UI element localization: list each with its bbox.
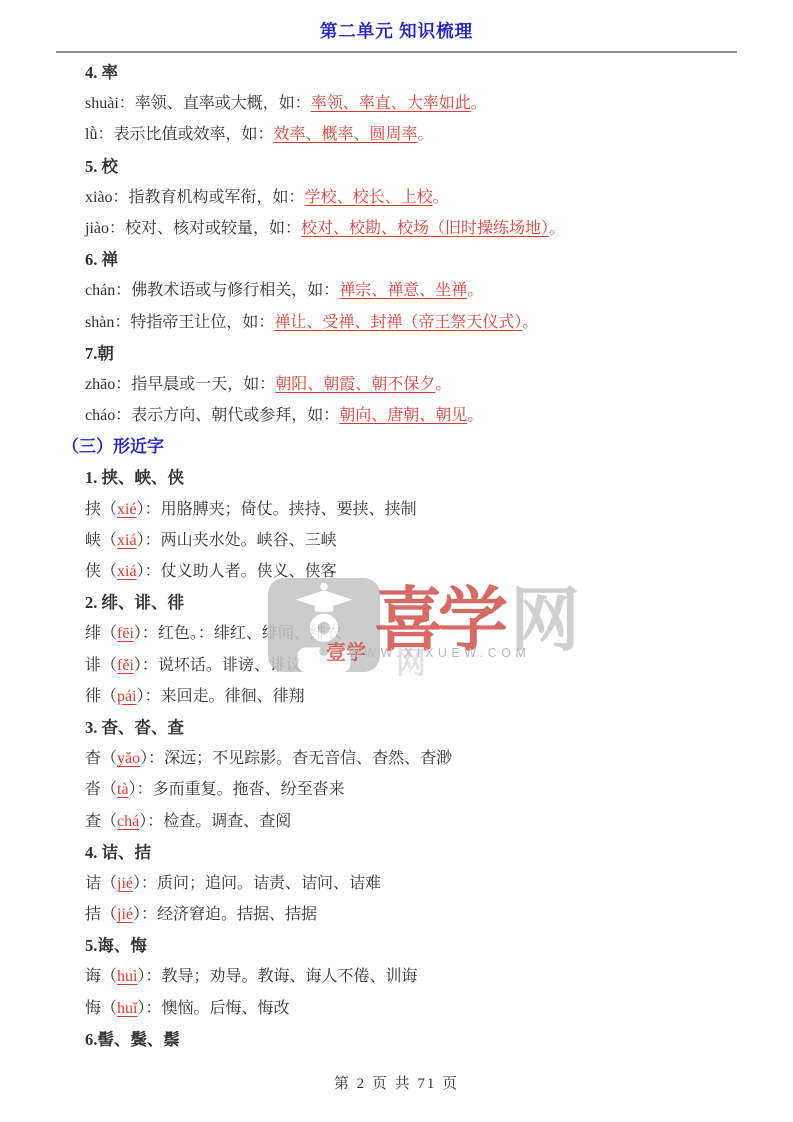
pronunciation-line: chán：佛教术语或与修行相关，如：禅宗、禅意、坐禅。 (0, 275, 793, 306)
word-entry-line: 沓（tà）：多而重复。拖沓、纷至沓来 (0, 774, 793, 805)
line-text: xiào：指教育机构或军衔，如： (85, 189, 305, 206)
line-text: jiào：校对、核对或较量，如： (85, 220, 301, 237)
section-heading: 6. 禅 (0, 244, 793, 275)
entry-definition: ：检查。调查、查阅 (147, 813, 291, 830)
paren-open: （ (101, 968, 117, 985)
highlighted-examples: 禅宗、禅意、坐禅 (339, 282, 467, 299)
paren-open: （ (101, 813, 117, 830)
highlighted-examples: 率领、率直、大率如此 (311, 95, 471, 112)
paren-close: ） (137, 1000, 145, 1017)
entry-char: 绯 (85, 625, 101, 642)
line-text: cháo：表示方向、朝代或参拜，如： (85, 407, 339, 424)
section-heading: 5.诲、悔 (0, 930, 793, 961)
pronunciation-line: lǜ：表示比值或效率，如：效率、概率、圆周率。 (0, 119, 793, 150)
entry-char: 沓 (85, 781, 101, 798)
word-entry-line: 诘（jié）：质问；追问。诘责、诘问、诘难 (0, 868, 793, 899)
pronunciation-line: cháo：表示方向、朝代或参拜，如：朝向、唐朝、朝见。 (0, 400, 793, 431)
entry-char: 拮 (85, 906, 101, 923)
section-heading: 4. 诘、拮 (0, 837, 793, 868)
entry-char: 杳 (85, 750, 101, 767)
word-entry-line: 诲（huì）：教导；劝导。教诲、诲人不倦、训诲 (0, 961, 793, 992)
line-tail: 。 (435, 376, 451, 393)
entry-char: 悔 (85, 1000, 101, 1017)
line-tail: 。 (417, 126, 433, 143)
pronunciation-line: shàn：特指帝王让位，如：禅让、受禅、封禅（帝王祭天仪式）。 (0, 307, 793, 338)
pinyin: jié (117, 906, 133, 923)
section-heading: 4. 率 (0, 57, 793, 88)
pinyin: jié (117, 875, 133, 892)
line-tail: 。 (549, 220, 565, 237)
highlighted-examples: 学校、校长、上校 (305, 189, 433, 206)
section-heading: 3. 杳、沓、查 (0, 712, 793, 743)
paren-close: ） (137, 968, 145, 985)
pinyin: xiá (117, 532, 137, 549)
pronunciation-line: xiào：指教育机构或军衔，如：学校、校长、上校。 (0, 182, 793, 213)
line-tail: 。 (522, 314, 538, 331)
page-title: 第二单元 知识梳理 (0, 18, 793, 43)
line-tail: 。 (467, 282, 483, 299)
highlighted-examples: 朝向、唐朝、朝见 (339, 407, 467, 424)
line-text: zhāo：指早晨或一天，如： (85, 376, 275, 393)
subsection-heading: （三）形近字 (0, 431, 793, 462)
pinyin: tà (117, 781, 129, 798)
entry-definition: ：红色。：绯红、绯闻、绯衣 (142, 625, 342, 642)
paren-close: ） (137, 563, 145, 580)
highlighted-examples: 禅让、受禅、封禅（帝王祭天仪式） (274, 314, 522, 331)
paren-close: ） (137, 532, 145, 549)
entry-char: 峡 (85, 532, 101, 549)
pronunciation-line: zhāo：指早晨或一天，如：朝阳、朝霞、朝不保夕。 (0, 369, 793, 400)
entry-char: 诲 (85, 968, 101, 985)
entry-char: 诘 (85, 875, 101, 892)
paren-open: （ (101, 688, 117, 705)
entry-definition: ：说坏话。诽谤、诽议 (142, 657, 302, 674)
word-entry-line: 杳（yǎo）：深远；不见踪影。杳无音信、杳然、杳渺 (0, 743, 793, 774)
line-tail: 。 (467, 407, 483, 424)
paren-close: ） (137, 688, 145, 705)
entry-definition: ：懊恼。后悔、悔改 (146, 1000, 290, 1017)
header-divider (56, 51, 737, 53)
entry-char: 查 (85, 813, 101, 830)
paren-open: （ (101, 501, 117, 518)
word-entry-line: 挟（xié）：用胳膊夹；倚仗。挟持、要挟、挟制 (0, 494, 793, 525)
highlighted-examples: 效率、概率、圆周率 (273, 126, 417, 143)
highlighted-examples: 朝阳、朝霞、朝不保夕 (275, 376, 435, 393)
pinyin: xié (117, 501, 137, 518)
word-entry-line: 查（chá）：检查。调查、查阅 (0, 806, 793, 837)
paren-close: ） (133, 906, 141, 923)
highlighted-examples: 校对、校勘、校场（旧时操练场地） (301, 220, 549, 237)
document-body: 4. 率 shuài：率领、直率或大概，如：率领、率直、大率如此。 lǜ：表示比… (0, 57, 793, 1055)
paren-open: （ (101, 906, 117, 923)
paren-close: ） (134, 625, 142, 642)
line-text: shuài：率领、直率或大概，如： (85, 95, 311, 112)
line-text: lǜ：表示比值或效率，如： (85, 126, 273, 143)
line-tail: 。 (471, 95, 487, 112)
pinyin: fēi (117, 625, 134, 642)
pronunciation-line: shuài：率领、直率或大概，如：率领、率直、大率如此。 (0, 88, 793, 119)
entry-char: 侠 (85, 563, 101, 580)
paren-open: （ (101, 532, 117, 549)
paren-open: （ (101, 750, 117, 767)
word-entry-line: 拮（jié）：经济窘迫。拮据、拮据 (0, 899, 793, 930)
section-heading: 1. 挟、峡、侠 (0, 462, 793, 493)
paren-close: ） (137, 501, 145, 518)
pinyin: yǎo (117, 750, 140, 767)
paren-open: （ (101, 625, 117, 642)
section-heading: 7.朝 (0, 338, 793, 369)
section-heading: 5. 校 (0, 151, 793, 182)
entry-definition: ：深远；不见踪影。杳无音信、杳然、杳渺 (148, 750, 452, 767)
entry-definition: ：质问；追问。诘责、诘问、诘难 (141, 875, 381, 892)
word-entry-line: 诽（fěi）：说坏话。诽谤、诽议 (0, 650, 793, 681)
entry-definition: ：多而重复。拖沓、纷至沓来 (137, 781, 345, 798)
entry-definition: ：来回走。徘徊、徘翔 (145, 688, 305, 705)
line-text: shàn：特指帝王让位，如： (85, 314, 274, 331)
entry-char: 挟 (85, 501, 101, 518)
entry-definition: ：用胳膊夹；倚仗。挟持、要挟、挟制 (145, 501, 417, 518)
document-page: 第二单元 知识梳理 4. 率 shuài：率领、直率或大概，如：率领、率直、大率… (0, 0, 793, 1122)
paren-open: （ (101, 875, 117, 892)
section-heading: 2. 绯、诽、徘 (0, 587, 793, 618)
section-heading: 6.髻、鬓、鬃 (0, 1024, 793, 1055)
pinyin: fěi (117, 657, 134, 674)
pinyin: chá (117, 813, 139, 830)
paren-close: ） (133, 875, 141, 892)
paren-close: ） (129, 781, 137, 798)
entry-definition: ：仗义助人者。侠义、侠客 (145, 563, 337, 580)
entry-definition: ：教导；劝导。教诲、诲人不倦、训诲 (146, 968, 418, 985)
word-entry-line: 绯（fēi）：红色。：绯红、绯闻、绯衣 (0, 618, 793, 649)
word-entry-line: 侠（xiá）：仗义助人者。侠义、侠客 (0, 556, 793, 587)
pinyin: pái (117, 688, 137, 705)
paren-open: （ (101, 781, 117, 798)
line-tail: 。 (433, 189, 449, 206)
paren-open: （ (101, 657, 117, 674)
entry-definition: ：经济窘迫。拮据、拮据 (141, 906, 317, 923)
paren-open: （ (101, 563, 117, 580)
entry-char: 徘 (85, 688, 101, 705)
word-entry-line: 峡（xiá）：两山夹水处。峡谷、三峡 (0, 525, 793, 556)
paren-open: （ (101, 1000, 117, 1017)
pinyin: huì (117, 968, 137, 985)
pinyin: huǐ (117, 1000, 137, 1017)
page-number-footer: 第 2 页 共 71 页 (0, 1072, 793, 1092)
pronunciation-line: jiào：校对、核对或较量，如：校对、校勘、校场（旧时操练场地）。 (0, 213, 793, 244)
entry-char: 诽 (85, 657, 101, 674)
word-entry-line: 悔（huǐ）：懊恼。后悔、悔改 (0, 993, 793, 1024)
entry-definition: ：两山夹水处。峡谷、三峡 (145, 532, 337, 549)
pinyin: xiá (117, 563, 137, 580)
word-entry-line: 徘（pái）：来回走。徘徊、徘翔 (0, 681, 793, 712)
paren-close: ） (134, 657, 142, 674)
paren-close: ） (140, 750, 148, 767)
line-text: chán：佛教术语或与修行相关，如： (85, 282, 339, 299)
